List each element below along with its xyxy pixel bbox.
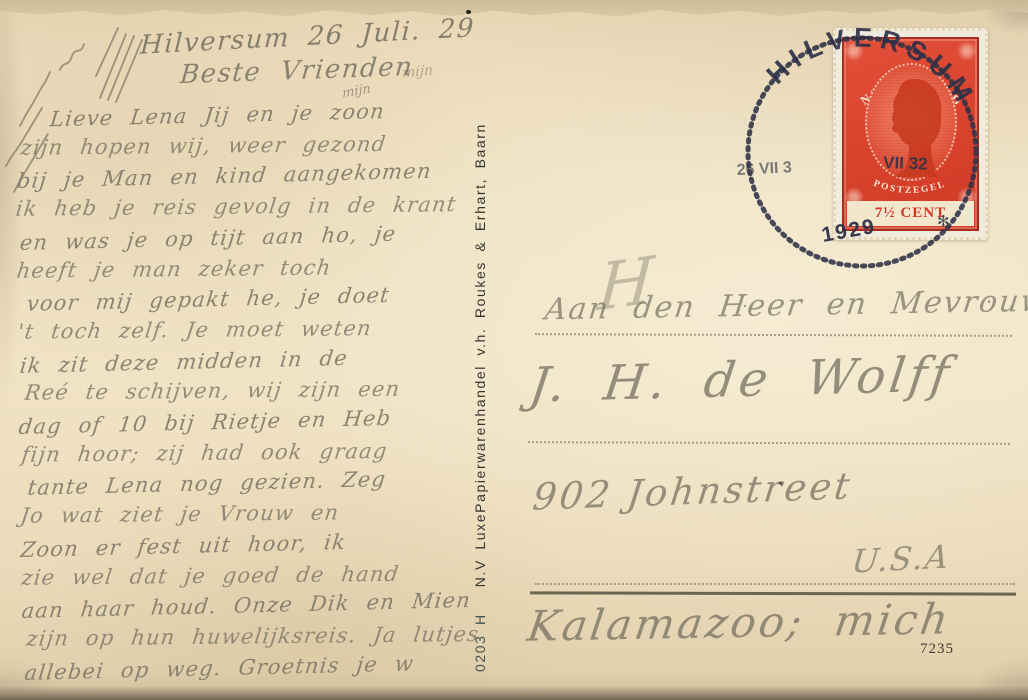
message-dateline: Hilversum 26 Juli. 29 bbox=[139, 13, 475, 61]
address-line-city: Kalamazoo; mich bbox=[525, 594, 955, 651]
address-dotted-rule bbox=[535, 583, 1015, 585]
address-line-name: J. H. de Wolff bbox=[526, 346, 956, 413]
address-dotted-rule bbox=[528, 441, 1010, 445]
imprint-code: 0203 H bbox=[472, 613, 488, 672]
paper-speck bbox=[988, 300, 990, 303]
address-solid-rule bbox=[530, 591, 1016, 595]
publisher-imprint: 0203 HN.V LuxePapierwarenhandel v.h. Rou… bbox=[471, 72, 489, 672]
bottom-edge-shadow bbox=[0, 686, 1028, 700]
postmark-date: 26 VII 3 bbox=[736, 159, 792, 179]
stamp-oval bbox=[865, 63, 957, 181]
stamp-postzegel-label: POSTZEGEL bbox=[872, 179, 948, 196]
message-salutation: Beste Vrienden bbox=[179, 52, 415, 90]
stamp-denomination: 7½ CENT bbox=[847, 201, 974, 226]
postcard-back: Hilversum 26 Juli. 29 Beste Vrienden mij… bbox=[0, 0, 1028, 700]
svg-text:POSTZEGEL: POSTZEGEL bbox=[872, 179, 948, 196]
paper-speck bbox=[466, 10, 471, 14]
paper-speck bbox=[779, 482, 782, 485]
stamp-frame: NEDERLAND POSTZEGEL 7½ CENT bbox=[842, 37, 979, 231]
postage-stamp: NEDERLAND POSTZEGEL 7½ CENT bbox=[833, 28, 988, 240]
address-line-recipient: Aan den Heer en Mevrouw bbox=[543, 284, 1028, 328]
serial-number: 7235 bbox=[920, 641, 954, 658]
address-line-country: U.S.A bbox=[850, 537, 952, 580]
inserted-word: mijn bbox=[402, 62, 434, 81]
queen-profile-icon bbox=[867, 65, 959, 183]
address-dotted-rule bbox=[535, 333, 1012, 337]
paper-speck bbox=[744, 305, 746, 307]
address-line-street: 902 Johnstreet bbox=[530, 464, 854, 518]
message-block: Lieve Lena Jij en je zoon zijn hopen wij… bbox=[14, 96, 480, 686]
imprint-publisher: N.V LuxePapierwarenhandel v.h. Roukes & … bbox=[472, 123, 488, 587]
